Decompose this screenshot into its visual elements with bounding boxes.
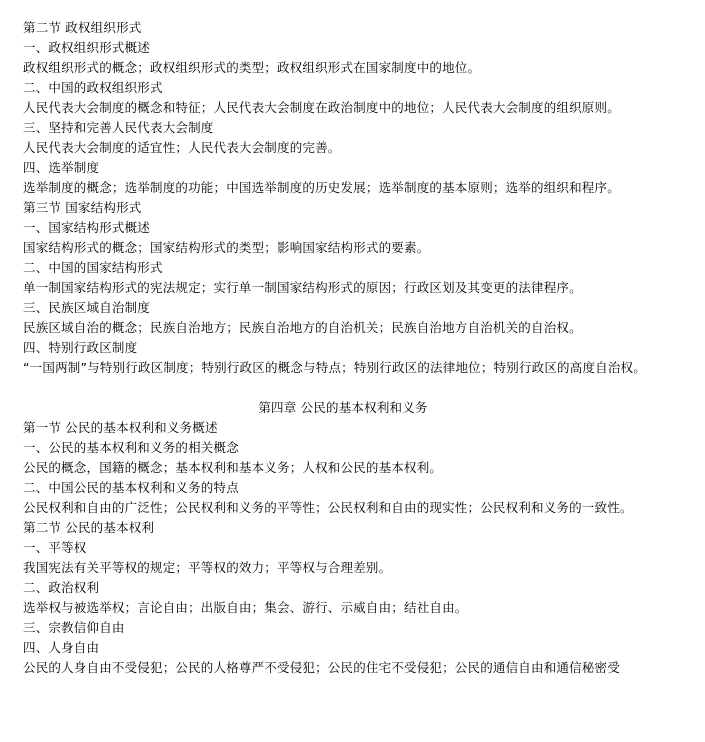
- subsection-body: 国家结构形式的概念；国家结构形式的类型；影响国家结构形式的要素。: [23, 238, 683, 258]
- section-title: 第一节 公民的基本权利和义务概述: [23, 418, 683, 438]
- section-title: 第二节 公民的基本权利: [23, 518, 683, 538]
- section-title: 第二节 政权组织形式: [23, 18, 683, 38]
- subsection-heading: 一、国家结构形式概述: [23, 218, 683, 238]
- subsection-heading: 三、民族区域自治制度: [23, 298, 683, 318]
- subsection-heading: 二、中国的国家结构形式: [23, 258, 683, 278]
- subsection-heading: 四、人身自由: [23, 638, 683, 658]
- subsection-heading: 二、中国的政权组织形式: [23, 78, 683, 98]
- subsection-body: 公民的概念，国籍的概念；基本权利和基本义务；人权和公民的基本权利。: [23, 458, 683, 478]
- subsection-body: 我国宪法有关平等权的规定；平等权的效力；平等权与合理差别。: [23, 558, 683, 578]
- subsection-body: 人民代表大会制度的适宜性；人民代表大会制度的完善。: [23, 138, 683, 158]
- subsection-heading: 三、宗教信仰自由: [23, 618, 683, 638]
- subsection-body: 选举权与被选举权；言论自由；出版自由；集会、游行、示威自由；结社自由。: [23, 598, 683, 618]
- subsection-body: “一国两制”与特别行政区制度；特别行政区的概念与特点；特别行政区的法律地位；特别…: [23, 358, 683, 378]
- subsection-heading: 二、中国公民的基本权利和义务的特点: [23, 478, 683, 498]
- subsection-heading: 四、选举制度: [23, 158, 683, 178]
- subsection-body: 人民代表大会制度的概念和特征；人民代表大会制度在政治制度中的地位；人民代表大会制…: [23, 98, 683, 118]
- subsection-heading: 一、政权组织形式概述: [23, 38, 683, 58]
- subsection-heading: 四、特别行政区制度: [23, 338, 683, 358]
- spacer: [23, 378, 683, 398]
- subsection-body: 政权组织形式的概念；政权组织形式的类型；政权组织形式在国家制度中的地位。: [23, 58, 683, 78]
- subsection-heading: 一、平等权: [23, 538, 683, 558]
- subsection-heading: 二、政治权利: [23, 578, 683, 598]
- subsection-heading: 一、公民的基本权利和义务的相关概念: [23, 438, 683, 458]
- subsection-body: 民族区域自治的概念；民族自治地方；民族自治地方的自治机关；民族自治地方自治机关的…: [23, 318, 683, 338]
- subsection-body: 单一制国家结构形式的宪法规定；实行单一制国家结构形式的原因；行政区划及其变更的法…: [23, 278, 683, 298]
- document-body: 第二节 政权组织形式 一、政权组织形式概述 政权组织形式的概念；政权组织形式的类…: [23, 18, 683, 678]
- section-title: 第三节 国家结构形式: [23, 198, 683, 218]
- chapter-title: 第四章 公民的基本权利和义务: [23, 398, 683, 418]
- subsection-heading: 三、坚持和完善人民代表大会制度: [23, 118, 683, 138]
- subsection-body: 公民权利和自由的广泛性；公民权利和义务的平等性；公民权利和自由的现实性；公民权利…: [23, 498, 683, 518]
- subsection-body: 公民的人身自由不受侵犯；公民的人格尊严不受侵犯；公民的住宅不受侵犯；公民的通信自…: [23, 658, 683, 678]
- subsection-body: 选举制度的概念；选举制度的功能；中国选举制度的历史发展；选举制度的基本原则；选举…: [23, 178, 683, 198]
